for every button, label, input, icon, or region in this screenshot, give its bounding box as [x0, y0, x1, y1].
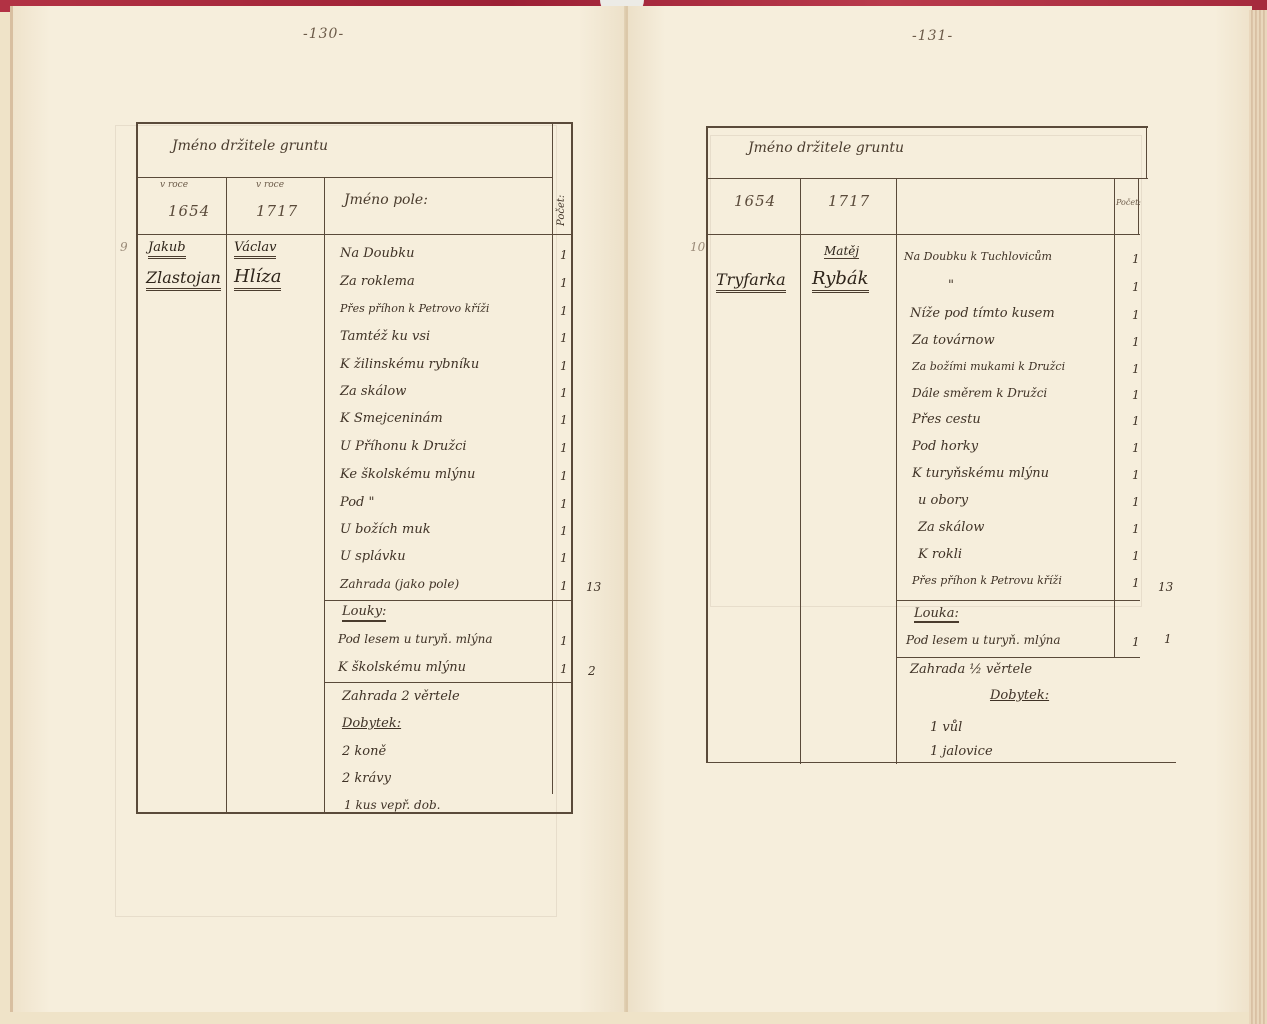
- field-count: 1: [1132, 252, 1140, 266]
- meadows-header: Louka:: [914, 606, 959, 623]
- col-1717-year: 1717: [256, 202, 298, 220]
- field-count: 1: [1132, 308, 1140, 322]
- field-name: Na Doubku k Tuchlovicům: [904, 250, 1052, 263]
- ledger-table-left: Jméno držitele gruntu v roce 1654 v roce…: [136, 122, 573, 814]
- meadows-total: 1: [1164, 632, 1172, 646]
- page-number-right: -131-: [912, 28, 953, 44]
- field-name: K žilinskému rybníku: [340, 357, 479, 372]
- livestock-item: 2 krávy: [342, 771, 391, 786]
- meadow-name: Pod lesem u turyň. mlýna: [906, 633, 1061, 647]
- field-name: Dále směrem k Družci: [912, 386, 1047, 400]
- holder-1717-last: Hlíza: [234, 266, 281, 291]
- field-count: 1: [1132, 468, 1140, 482]
- field-name: U božích muk: [340, 522, 431, 537]
- section-rule: [324, 600, 571, 601]
- field-count: 1: [560, 413, 568, 427]
- field-count: 1: [560, 579, 568, 593]
- column-rule: [324, 177, 325, 814]
- holder-1717-last: Rybák: [812, 268, 869, 293]
- section-rule: [324, 682, 571, 683]
- field-count: 1: [1132, 362, 1140, 376]
- column-rule: [896, 178, 897, 764]
- field-count: 1: [1132, 414, 1140, 428]
- field-name: Přes příhon k Petrovu kříži: [912, 574, 1062, 587]
- field-name: U splávku: [340, 549, 406, 564]
- meadow-count: 1: [560, 634, 568, 648]
- meadow-count: 1: [560, 662, 568, 676]
- field-name: Za továrnow: [912, 333, 995, 348]
- section-rule: [896, 657, 1140, 658]
- entry-number: 9: [120, 240, 128, 254]
- table-bottom-rule: [706, 762, 1176, 763]
- field-name: ": [948, 278, 954, 293]
- col-1717-label: v roce: [256, 180, 284, 190]
- meadow-name: K školskému mlýnu: [338, 660, 466, 675]
- subheader-rule: [708, 234, 1140, 235]
- garden-entry: Zahrada 2 věrtele: [342, 689, 460, 704]
- col-count-header: Počet:: [556, 195, 567, 226]
- garden-entry: Zahrada ½ věrtele: [910, 662, 1032, 677]
- field-count: 1: [560, 386, 568, 400]
- livestock-header: Dobytek:: [990, 688, 1049, 703]
- section-rule: [896, 600, 1140, 601]
- holder-1654-last: Tryfarka: [716, 270, 786, 293]
- field-count: 1: [560, 497, 568, 511]
- count-column-rule: [1114, 178, 1115, 658]
- field-name: Za skálow: [918, 520, 984, 535]
- page-number-left: -130-: [303, 26, 344, 42]
- col-count-header: Počet:: [1116, 198, 1141, 207]
- field-count: 1: [560, 248, 568, 262]
- field-count: 1: [1132, 335, 1140, 349]
- page-edges: [1249, 10, 1267, 1024]
- field-count: 1: [560, 469, 568, 483]
- header-rule: [138, 177, 552, 178]
- field-count: 1: [1132, 576, 1140, 590]
- field-name: K Smejceninám: [340, 411, 443, 426]
- col-field-name-header: Jméno pole:: [344, 192, 428, 208]
- meadow-count: 1: [1132, 635, 1140, 649]
- holder-1654-first: Jakub: [148, 240, 186, 259]
- meadows-total: 2: [588, 664, 596, 678]
- column-rule: [226, 177, 227, 814]
- livestock-item: 1 kus vepř. dob.: [344, 798, 440, 812]
- field-name: Ke školskému mlýnu: [340, 467, 475, 482]
- field-name: U Příhonu k Družci: [340, 439, 467, 454]
- col-1654-year: 1654: [734, 192, 776, 210]
- field-name: Přes cestu: [912, 412, 981, 427]
- field-count: 1: [560, 276, 568, 290]
- ledger-table-right: Jméno držitele gruntu 1654 1717 Počet: T…: [706, 126, 1148, 762]
- table-title: Jméno držitele gruntu: [748, 140, 904, 156]
- count-column-rule: [552, 124, 553, 794]
- holder-1654-last: Zlastojan: [146, 268, 221, 291]
- holder-1717-first: Matěj: [824, 244, 859, 259]
- col-1654-label: v roce: [160, 180, 188, 190]
- entry-number: 10: [690, 240, 705, 254]
- field-count: 1: [1132, 388, 1140, 402]
- field-name: Pod ": [340, 495, 374, 510]
- header-rule: [708, 178, 1148, 179]
- field-count: 1: [1132, 522, 1140, 536]
- field-count: 1: [560, 304, 568, 318]
- field-name: Za skálow: [340, 384, 406, 399]
- fields-total: 13: [1158, 580, 1173, 594]
- column-rule: [800, 178, 801, 764]
- field-name: Níže pod tímto kusem: [910, 306, 1055, 321]
- field-name: Pod horky: [912, 439, 978, 454]
- field-count: 1: [560, 359, 568, 373]
- meadow-name: Pod lesem u turyň. mlýna: [338, 632, 493, 646]
- field-count: 1: [560, 441, 568, 455]
- field-count: 1: [560, 331, 568, 345]
- field-name: Na Doubku: [340, 246, 414, 261]
- livestock-item: 1 vůl: [930, 720, 962, 735]
- holder-1717-first: Václav: [234, 240, 276, 259]
- table-title: Jméno držitele gruntu: [172, 138, 328, 154]
- field-name: Tamtéž ku vsi: [340, 329, 430, 344]
- livestock-item: 1 jalovice: [930, 744, 993, 759]
- field-count: 1: [560, 551, 568, 565]
- field-count: 1: [1132, 495, 1140, 509]
- field-name: Za roklema: [340, 274, 415, 289]
- field-count: 1: [1132, 549, 1140, 563]
- table-right-rule: [1146, 128, 1147, 178]
- field-name: u obory: [918, 493, 968, 508]
- field-name: K turyňskému mlýnu: [912, 466, 1049, 481]
- field-count: 1: [560, 524, 568, 538]
- col-1654-year: 1654: [168, 202, 210, 220]
- field-name: Přes příhon k Petrovo kříži: [340, 302, 489, 315]
- fields-total: 13: [586, 580, 601, 594]
- col-1717-year: 1717: [828, 192, 870, 210]
- field-name: Za božími mukami k Družci: [912, 360, 1065, 373]
- livestock-item: 2 koně: [342, 744, 386, 759]
- field-name: K rokli: [918, 547, 962, 562]
- field-count: 1: [1132, 280, 1140, 294]
- field-count: 1: [1132, 441, 1140, 455]
- livestock-header: Dobytek:: [342, 716, 401, 731]
- meadows-header: Louky:: [342, 604, 386, 622]
- field-name: Zahrada (jako pole): [340, 577, 459, 591]
- subheader-rule: [138, 234, 571, 235]
